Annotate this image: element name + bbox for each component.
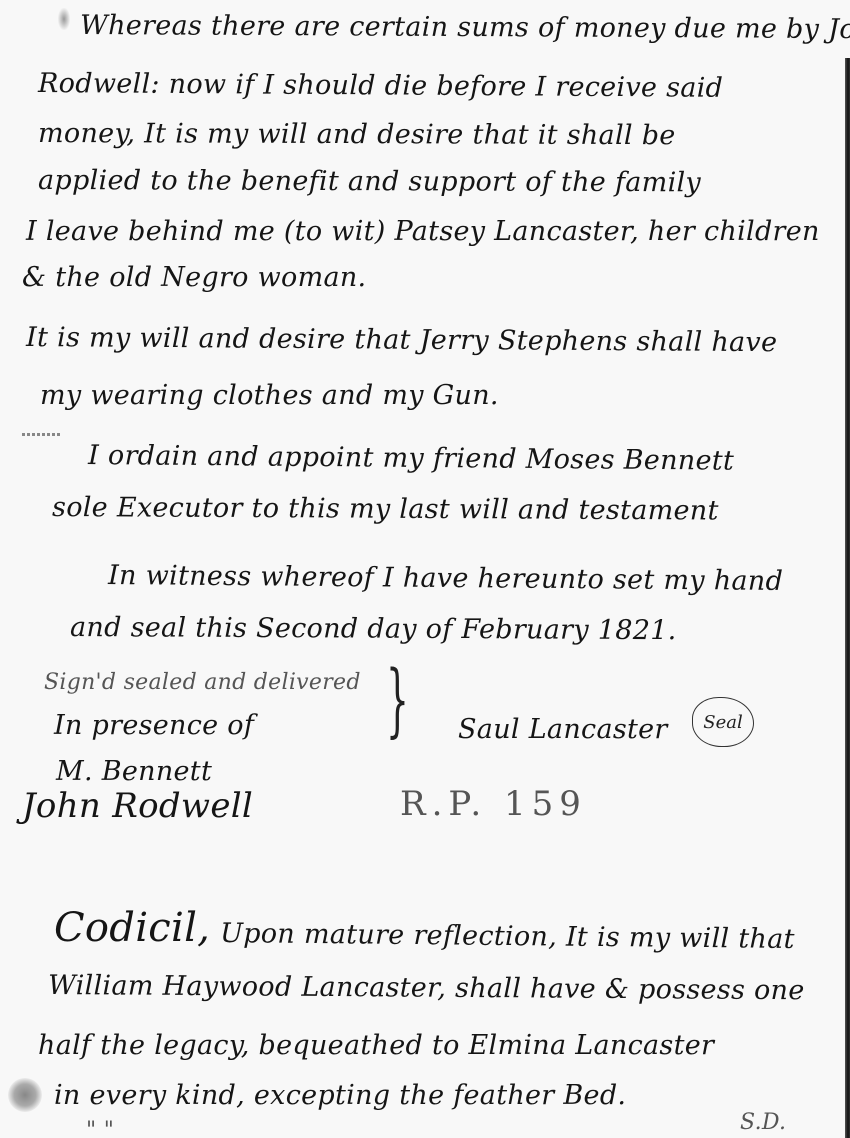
text-line: In witness whereof I have hereunto set m… bbox=[108, 560, 783, 597]
text-line: & the old Negro woman. bbox=[22, 262, 366, 293]
witness-signature: M. Bennett bbox=[56, 756, 212, 787]
seal-mark: Seal bbox=[692, 697, 754, 747]
footer-fragment: " " bbox=[86, 1118, 114, 1138]
codicil-heading: Codicil, bbox=[54, 905, 210, 951]
seal-label: Seal bbox=[703, 712, 742, 733]
text-line: my wearing clothes and my Gun. bbox=[40, 380, 499, 411]
text-line: Whereas there are certain sums of money … bbox=[80, 10, 850, 45]
text-line: half the legacy, bequeathed to Elmina La… bbox=[38, 1030, 714, 1061]
text-line: Upon mature reflection, It is my will th… bbox=[220, 918, 795, 955]
record-reference: R.P. 159 bbox=[400, 784, 587, 824]
text-line: and seal this Second day of February 182… bbox=[70, 612, 677, 646]
text-line: Rodwell: now if I should die before I re… bbox=[38, 68, 723, 104]
scan-smudge bbox=[8, 1078, 42, 1112]
footer-fragment: S.D. bbox=[740, 1110, 786, 1135]
text-line: money, It is my will and desire that it … bbox=[38, 118, 676, 151]
scan-smudge bbox=[58, 8, 70, 30]
text-line: applied to the benefit and support of th… bbox=[38, 165, 701, 198]
brace-mark: } bbox=[386, 660, 409, 740]
text-line: William Haywood Lancaster, shall have & … bbox=[48, 970, 805, 1006]
margin-mark bbox=[22, 433, 62, 436]
document-page: Whereas there are certain sums of money … bbox=[0, 0, 850, 1138]
attestation-line: In presence of bbox=[54, 710, 254, 741]
text-line: I leave behind me (to wit) Patsey Lancas… bbox=[26, 216, 820, 247]
text-line: I ordain and appoint my friend Moses Ben… bbox=[88, 440, 734, 477]
testator-signature: Saul Lancaster bbox=[458, 714, 668, 745]
witness-signature: John Rodwell bbox=[22, 786, 253, 826]
text-line: It is my will and desire that Jerry Step… bbox=[26, 322, 777, 358]
attestation-line: Sign'd sealed and delivered bbox=[44, 670, 361, 695]
text-line: sole Executor to this my last will and t… bbox=[52, 492, 719, 526]
scan-page-edge bbox=[845, 58, 850, 1138]
text-line: in every kind, excepting the feather Bed… bbox=[54, 1080, 626, 1111]
